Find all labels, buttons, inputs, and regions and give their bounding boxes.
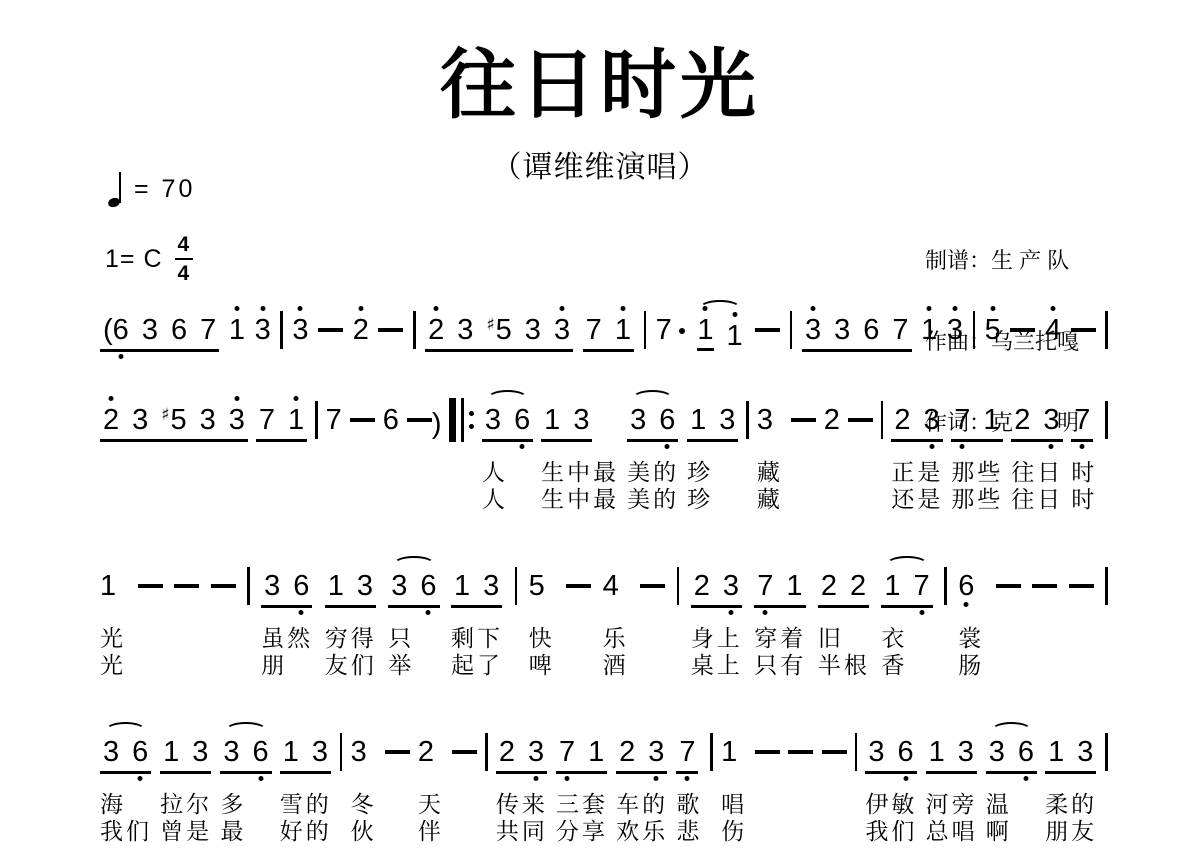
score-cell: 13珍珍 (687, 398, 738, 513)
notation-row (449, 398, 474, 446)
note-digit: 3 (357, 572, 373, 601)
note: 1 (690, 406, 706, 435)
beam-group: 13 (1045, 738, 1096, 774)
beam-group: 13 (280, 738, 331, 774)
note: 1 (786, 572, 802, 601)
notation-row (848, 398, 873, 446)
score-cell: 1光光 (100, 564, 126, 679)
note-digit: 3 (192, 738, 208, 767)
note: 1 (163, 738, 179, 767)
note-digit-wrap: 1 (288, 406, 304, 435)
note-digit-wrap: 6 (383, 406, 399, 435)
meter-numerator: 4 (175, 234, 194, 260)
lyric-verse1: 虽然 (261, 625, 313, 652)
notation-row (315, 398, 318, 446)
note-digit-wrap: 3 (132, 406, 148, 435)
beam-group: 23 (1011, 406, 1062, 442)
lyric-verse2: 人 (482, 486, 508, 513)
note-digit-wrap: 3 (723, 572, 739, 601)
note-digit-wrap: 1 (721, 738, 737, 767)
note-digit: 5 (171, 406, 187, 435)
notation-row: 13 (687, 398, 738, 446)
note-digit-wrap: 3 (989, 738, 1005, 767)
note-digit: 6 (863, 316, 879, 345)
note: 3 (255, 316, 271, 352)
note-digit-wrap: 2 (103, 406, 119, 435)
score-cell: 13柔的朋友 (1045, 730, 1097, 845)
score-cell: 6裳肠 (958, 564, 984, 679)
lyric-verse1: 冬 (351, 791, 377, 818)
lyric-verse1: 只 (388, 625, 414, 652)
lyric-verse1: 旧 (818, 625, 844, 652)
note-digit-wrap: 3 (292, 316, 308, 345)
notation-row (791, 398, 816, 446)
barline (1105, 311, 1108, 349)
low-octave-dot (534, 776, 539, 781)
note-digit-wrap: 6 (898, 738, 914, 767)
note-digit: 3 (958, 738, 974, 767)
note-digit-wrap: 3 (868, 738, 884, 767)
notation-row: 13 (926, 730, 977, 778)
high-octave-dot (109, 396, 114, 401)
note-digit: 6 (171, 316, 187, 345)
note-digit-wrap: 1 (921, 316, 937, 345)
note-digit-wrap: 7 (913, 572, 929, 601)
lyric-verse1: 藏 (757, 459, 783, 486)
notation-row (1069, 564, 1094, 612)
notation-row: ) (407, 398, 442, 446)
beam-group: 13 (541, 406, 592, 442)
duration-dash (407, 418, 432, 422)
note: 3 (723, 572, 739, 601)
duration-dash (174, 584, 199, 588)
note-digit-wrap: 2 (619, 738, 635, 767)
notation-row: 23♯533 (425, 308, 573, 356)
beam-group: 7 (676, 738, 698, 774)
score-cell: 36人人 (482, 398, 533, 513)
note-digit-wrap: 3 (457, 316, 473, 345)
notation-row (174, 564, 199, 612)
note: 7 (586, 316, 602, 345)
lyric-verse1: 唱 (721, 791, 747, 818)
note: 3 (192, 738, 208, 767)
note: 6 (1018, 738, 1034, 767)
slur-arc (105, 722, 146, 739)
lyric-verse1: 珍 (687, 459, 713, 486)
score-cell: 1 (229, 308, 245, 356)
notation-row: 36 (986, 730, 1037, 778)
note-digit: 3 (351, 738, 367, 767)
low-octave-dot (763, 610, 768, 615)
low-octave-dot (665, 444, 670, 449)
low-octave-dot (426, 610, 431, 615)
note: 3 (757, 406, 773, 442)
low-octave-dot (919, 610, 924, 615)
note-digit-wrap: 3 (483, 572, 499, 601)
notation-row (385, 730, 410, 778)
lyric-verse1: 裳 (958, 625, 984, 652)
beam-group: 23 (496, 738, 547, 774)
note-digit-wrap: 3 (351, 738, 367, 767)
score-cell: 71 (583, 308, 634, 356)
notation-row: 71 (556, 730, 607, 778)
note: 6 (659, 406, 675, 435)
note-digit-wrap: 6 (1018, 738, 1034, 767)
duration-dash (755, 750, 780, 754)
score-cell: 36温啊 (986, 730, 1037, 845)
notation-row: 13 (325, 564, 376, 612)
notation-row (788, 730, 813, 778)
note-digit: 6 (898, 738, 914, 767)
notation-row: 13 (541, 398, 592, 446)
score-cell (746, 398, 749, 446)
note: 2 (418, 738, 434, 774)
note: 3 (805, 316, 821, 345)
note: 2 (1014, 406, 1030, 435)
note-digit-wrap: 7 (559, 738, 575, 767)
lyric-verse1: 歌 (676, 791, 702, 818)
time-signature: 4 4 (175, 234, 194, 284)
note-digit: 2 (821, 572, 837, 601)
beam-group: 71 (256, 406, 307, 442)
high-octave-dot (1051, 306, 1056, 311)
score-cell (452, 730, 477, 778)
note: 2 (821, 572, 837, 601)
lyric-verse1: 身上 (691, 625, 743, 652)
score-cell: 3 (292, 308, 308, 356)
barline (944, 567, 947, 605)
notation-row (1105, 398, 1108, 446)
beam-group: 36 (865, 738, 916, 774)
lyric-verse1: 剩下 (451, 625, 503, 652)
lyric-verse1: 柔的 (1045, 791, 1097, 818)
note-digit: 7 (954, 406, 970, 435)
note-digit: 1 (721, 738, 737, 767)
note-digit: 3 (200, 406, 216, 435)
score-cell (644, 308, 647, 356)
beam-group: 71 (556, 738, 607, 774)
music-system-3: 1光光36虽然朋13穷得友们36只举13剩下起了5快啤4乐酒23身上桌上71穿着… (100, 546, 1108, 679)
score-cell (138, 564, 163, 612)
duration-dash (1071, 328, 1096, 332)
note: 1 (727, 322, 743, 351)
music-system-1: (6367133223♯5337171133671354 (100, 290, 1108, 356)
note-digit-wrap: 1 (697, 316, 713, 351)
lyric-verse2: 我们 (100, 818, 152, 845)
lyric-verse2: 只有 (754, 652, 806, 679)
note-digit: 2 (619, 738, 635, 767)
note-digit-wrap: 1 (100, 572, 116, 601)
score-cell (385, 730, 410, 778)
note: 4 (1045, 316, 1061, 352)
note-digit: 2 (418, 738, 434, 767)
note: 3 (292, 316, 308, 352)
note-digit: 5 (985, 316, 1001, 345)
beam-group: 13 (325, 572, 376, 608)
note: 6 (863, 316, 879, 345)
note-digit-wrap: 1 (690, 406, 706, 435)
repeat-dot (469, 411, 474, 416)
score-cell (788, 730, 813, 778)
note-digit: 3 (525, 316, 541, 345)
notation-row: 11 (694, 308, 745, 356)
note-digit: 1 (929, 738, 945, 767)
score-cell: 5 (985, 308, 1001, 356)
notation-row: 4 (603, 564, 619, 612)
note: 7 (656, 316, 672, 352)
note: 1 (884, 572, 900, 601)
note: 7 (892, 316, 908, 345)
high-octave-dot (298, 306, 303, 311)
beam-group: 13 (451, 572, 502, 608)
score-cell (1010, 308, 1035, 356)
barline (677, 567, 680, 605)
score-cell: 13河旁总唱 (926, 730, 978, 845)
notation-row: 71 (583, 308, 634, 356)
lyric-verse1: 传来 (496, 791, 548, 818)
lyric-verse2: 伤 (721, 818, 747, 845)
notation-row (855, 730, 858, 778)
note-digit-wrap: 5 (496, 316, 512, 345)
barline (1105, 567, 1108, 605)
note-digit: 1 (697, 316, 713, 345)
note: 1 (983, 406, 999, 435)
beam-group: 36 (261, 572, 312, 608)
lyric-verse2: 珍 (687, 486, 713, 513)
note-digit-wrap: 3 (958, 738, 974, 767)
note-digit: 1 (983, 406, 999, 435)
notation-row (340, 730, 343, 778)
score-cell: 36伊敏我们 (865, 730, 917, 845)
note: 7 (326, 406, 342, 442)
note-digit-wrap: 1 (884, 572, 900, 601)
tempo-value: = 70 (134, 175, 195, 207)
beam-group: 23 (616, 738, 667, 774)
note-digit-wrap: 3 (630, 406, 646, 435)
note-digit: 3 (142, 316, 158, 345)
beam-group: 71 (754, 572, 805, 608)
duration-dash (138, 584, 163, 588)
note: 3 (573, 406, 589, 435)
lyric-verse2: 美的 (627, 486, 679, 513)
note-digit: 2 (428, 316, 444, 345)
notation-row: 3 (255, 308, 271, 356)
notation-row: 36 (627, 398, 678, 446)
score-cell: 36虽然朋 (261, 564, 313, 679)
score-cell: (6367 (100, 308, 219, 356)
low-octave-dot (685, 776, 690, 781)
notation-row: (6367 (100, 308, 219, 356)
note-digit: 3 (292, 316, 308, 345)
note-digit: 3 (132, 406, 148, 435)
notation-row: 4 (1045, 308, 1061, 356)
notation-row (746, 398, 749, 446)
sharp-sign: ♯ (161, 407, 169, 424)
score-cell (881, 398, 884, 446)
note: 3 (868, 738, 884, 767)
lyric-verse1: 光 (100, 625, 126, 652)
beam-group: 36 (627, 406, 678, 442)
lyric-verse2: 曾是 (160, 818, 212, 845)
note-digit-wrap: 1 (163, 738, 179, 767)
note-digit-wrap: 4 (603, 572, 619, 601)
tempo-marking: = 70 (108, 170, 195, 207)
notation-row: 6 (958, 564, 974, 612)
score-cell: 3冬伙 (351, 730, 377, 845)
note: 7 (200, 316, 216, 345)
note: 6 (293, 572, 309, 601)
note: 7 (1074, 406, 1090, 435)
note: 6 (171, 316, 187, 345)
score-cell: ) (407, 398, 442, 446)
note-digit-wrap: 2 (428, 316, 444, 345)
notation-row (515, 564, 518, 612)
note: 3 (103, 738, 119, 767)
high-octave-dot (990, 306, 995, 311)
low-octave-dot (654, 776, 659, 781)
score-cell: 3367 (802, 308, 912, 356)
barline (485, 733, 488, 771)
note-digit-wrap: 5 (985, 316, 1001, 345)
notation-row: 7 (1071, 398, 1093, 446)
note-digit: 1 (283, 738, 299, 767)
lyric-verse2: 那些 (951, 486, 1003, 513)
note: 7 (259, 406, 275, 435)
slur-arc (886, 556, 927, 573)
note-digit: 3 (1077, 738, 1093, 767)
lyric-verse2: 藏 (757, 486, 783, 513)
high-octave-dot (952, 306, 957, 311)
note-digit: 3 (648, 738, 664, 767)
notation-row: 2 (824, 398, 840, 446)
note-digit-wrap: 7 (200, 316, 216, 345)
beam-group: 7 (1071, 406, 1093, 442)
note-digit-wrap: 2 (821, 572, 837, 601)
note-digit: 1 (454, 572, 470, 601)
beam-group: 36 (220, 738, 271, 774)
notation-row (996, 564, 1021, 612)
key-signature: 1= C 4 4 (105, 234, 193, 284)
note-digit-wrap: 6 (420, 572, 436, 601)
lyric-verse1: 伊敏 (865, 791, 917, 818)
slur-arc (699, 300, 740, 317)
repeat-dots (469, 411, 474, 429)
repeat-thick-bar (449, 398, 456, 442)
notation-row (710, 730, 713, 778)
note-digit: 3 (229, 406, 245, 435)
score-cell: 23往日往日 (1011, 398, 1063, 513)
sheet-music-page: { "title": "往日时光", "subtitle": "（谭维维演唱）"… (0, 0, 1200, 850)
score-cell: 3藏藏 (757, 398, 783, 513)
lyric-verse2: 朋友 (1045, 818, 1097, 845)
lyric-verse1: 天 (418, 791, 444, 818)
note-digit: 3 (630, 406, 646, 435)
note-digit: 7 (586, 316, 602, 345)
note: 3 (142, 316, 158, 345)
note-digit: 1 (544, 406, 560, 435)
notation-row (644, 308, 647, 356)
lyric-verse1: 河旁 (926, 791, 978, 818)
score-cell (791, 398, 816, 446)
note-digit-wrap: 3 (554, 316, 570, 345)
note-digit-wrap: 1 (929, 738, 945, 767)
high-octave-dot (358, 306, 363, 311)
notation-row (566, 564, 591, 612)
notation-row: 3 (292, 308, 308, 356)
notation-row: 13 (1045, 730, 1096, 778)
low-octave-dot (520, 444, 525, 449)
lyric-verse2: 好的 (280, 818, 332, 845)
notation-row (350, 398, 375, 446)
duration-dash (822, 750, 847, 754)
duration-dash (848, 418, 873, 422)
note-digit-wrap: 6 (113, 316, 129, 345)
note-digit-wrap: 3 (923, 406, 939, 435)
note-digit: 3 (483, 572, 499, 601)
meter-denominator: 4 (178, 260, 191, 284)
note-digit: 6 (420, 572, 436, 601)
notation-row: 36 (220, 730, 271, 778)
lyric-verse2: 香 (881, 652, 907, 679)
note: 3 (554, 316, 570, 345)
lyric-verse1: 多 (220, 791, 246, 818)
note-digit-wrap: 3 (264, 572, 280, 601)
note: 3 (834, 316, 850, 345)
lyric-verse2: 半根 (818, 652, 870, 679)
note: 6 (132, 738, 148, 767)
notation-row: 23 (691, 564, 742, 612)
note-digit: 5 (496, 316, 512, 345)
score-cell: 1 (921, 308, 937, 356)
sharp-sign: ♯ (486, 317, 494, 334)
slur-arc (393, 556, 434, 573)
lyric-verse2: 酒 (603, 652, 629, 679)
notation-row: 23 (616, 730, 667, 778)
credit-arranger: 制谱：生 产 队 (925, 247, 1079, 274)
notation-row: 13 (451, 564, 502, 612)
note: 3 (312, 738, 328, 767)
note-digit-wrap: 3 (1043, 406, 1059, 435)
score-cell: 36多最 (220, 730, 271, 845)
note: 6 (252, 738, 268, 767)
note: 3 (719, 406, 735, 435)
barline (881, 401, 884, 439)
duration-dash (566, 584, 591, 588)
notation-row (1010, 308, 1035, 356)
note: 7 (954, 406, 970, 435)
score-cell (755, 308, 780, 356)
note-digit-wrap: 5 (529, 572, 545, 601)
note-digit-wrap: 3 (573, 406, 589, 435)
lyric-verse1: 穿着 (754, 625, 806, 652)
note-digit: 3 (1043, 406, 1059, 435)
notation-row: 1 (921, 308, 937, 356)
note: 1 (544, 406, 560, 435)
note-digit-wrap: 3 (357, 572, 373, 601)
barline (340, 733, 343, 771)
note-digit-wrap: 7 (757, 572, 773, 601)
low-octave-dot (1023, 776, 1028, 781)
score: (6367133223♯533717113367135423♯5337176)3… (100, 290, 1108, 845)
score-cell: 7歌悲 (676, 730, 702, 845)
note-digit-wrap: 3 (391, 572, 407, 601)
beam-group: 23 (691, 572, 742, 608)
note-digit: 2 (824, 406, 840, 435)
score-cell: 36只举 (388, 564, 439, 679)
note-digit: 7 (656, 316, 672, 345)
barline (315, 401, 318, 439)
beam-group: 36 (100, 738, 151, 774)
